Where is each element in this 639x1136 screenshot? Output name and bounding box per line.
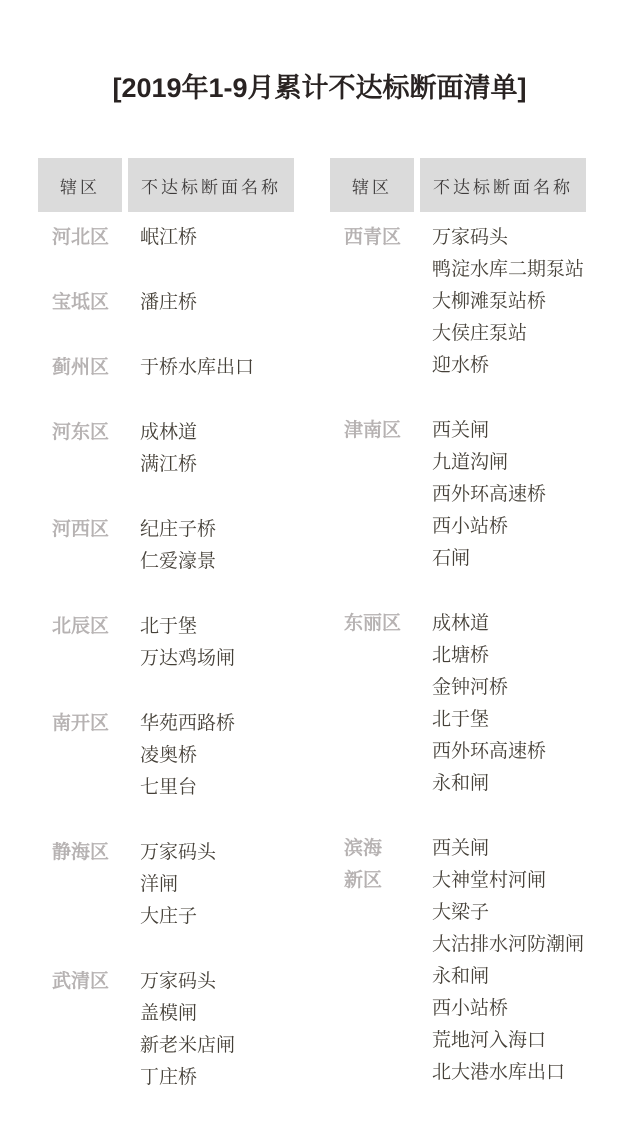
district-group: 滨海 新区 西关闸 大神堂村河闸 大梁子 大沽排水河防潮闸 永和闸 西小站桥 荒… xyxy=(330,833,592,1089)
district-group: 河东区 成林道 满江桥 xyxy=(38,417,296,481)
column-header-row: 辖区 不达标断面名称 xyxy=(38,158,296,212)
section-list: 西关闸 大神堂村河闸 大梁子 大沽排水河防潮闸 永和闸 西小站桥 荒地河入海口 … xyxy=(427,833,584,1089)
section-list: 潘庄桥 xyxy=(135,287,197,319)
section-name: 大柳滩泵站桥 xyxy=(432,286,584,318)
district-group: 静海区 万家码头 洋闸 大庄子 xyxy=(38,837,296,933)
district-group: 蓟州区 于桥水库出口 xyxy=(38,352,296,384)
section-name: 洋闸 xyxy=(140,869,216,901)
district-label: 武清区 xyxy=(38,966,135,1094)
district-header-cell: 辖区 xyxy=(330,158,414,212)
district-label: 蓟州区 xyxy=(38,352,135,384)
section-name: 大沽排水河防潮闸 xyxy=(432,929,584,961)
section-list: 西关闸 九道沟闸 西外环高速桥 西小站桥 石闸 xyxy=(427,415,546,575)
section-name: 大庄子 xyxy=(140,901,216,933)
section-list: 纪庄子桥 仁爱濠景 xyxy=(135,514,216,578)
section-name: 北于堡 xyxy=(140,611,235,643)
section-name: 鸭淀水库二期泵站 xyxy=(432,254,584,286)
section-list: 成林道 北塘桥 金钟河桥 北于堡 西外环高速桥 永和闸 xyxy=(427,608,546,800)
section-name: 满江桥 xyxy=(140,449,197,481)
district-label: 西青区 xyxy=(330,222,427,382)
section-list: 万家码头 鸭淀水库二期泵站 大柳滩泵站桥 大侯庄泵站 迎水桥 xyxy=(427,222,584,382)
district-label: 静海区 xyxy=(38,837,135,933)
section-header-cell: 不达标断面名称 xyxy=(128,158,294,212)
district-groups: 西青区 万家码头 鸭淀水库二期泵站 大柳滩泵站桥 大侯庄泵站 迎水桥 津南区 西… xyxy=(330,222,592,1089)
table-column-left: 辖区 不达标断面名称 河北区 岷江桥 宝坻区 潘庄桥 蓟州区 于桥水库出口 xyxy=(38,158,296,1127)
section-name: 盖模闸 xyxy=(140,998,235,1030)
section-name: 成林道 xyxy=(432,608,546,640)
page-title: [2019年1-9月累计不达标断面清单] xyxy=(0,66,639,105)
section-name: 凌奥桥 xyxy=(140,740,235,772)
section-name: 金钟河桥 xyxy=(432,672,546,704)
section-name: 丁庄桥 xyxy=(140,1062,235,1094)
two-column-table: 辖区 不达标断面名称 河北区 岷江桥 宝坻区 潘庄桥 蓟州区 于桥水库出口 xyxy=(0,158,639,1136)
district-label: 滨海 新区 xyxy=(330,833,427,1089)
section-name: 潘庄桥 xyxy=(140,287,197,319)
district-label: 河东区 xyxy=(38,417,135,481)
district-group: 河北区 岷江桥 xyxy=(38,222,296,254)
district-group: 东丽区 成林道 北塘桥 金钟河桥 北于堡 西外环高速桥 永和闸 xyxy=(330,608,592,800)
section-name: 岷江桥 xyxy=(140,222,197,254)
district-header-cell: 辖区 xyxy=(38,158,122,212)
section-list: 于桥水库出口 xyxy=(135,352,254,384)
section-list: 北于堡 万达鸡场闸 xyxy=(135,611,235,675)
section-name: 仁爱濠景 xyxy=(140,546,216,578)
district-label: 津南区 xyxy=(330,415,427,575)
section-name: 西关闸 xyxy=(432,415,546,447)
district-label: 南开区 xyxy=(38,708,135,804)
section-name: 西关闸 xyxy=(432,833,584,865)
district-group: 西青区 万家码头 鸭淀水库二期泵站 大柳滩泵站桥 大侯庄泵站 迎水桥 xyxy=(330,222,592,382)
section-list: 华苑西路桥 凌奥桥 七里台 xyxy=(135,708,235,804)
section-name: 北塘桥 xyxy=(432,640,546,672)
section-name: 荒地河入海口 xyxy=(432,1025,584,1057)
section-header-cell: 不达标断面名称 xyxy=(420,158,586,212)
district-group: 武清区 万家码头 盖模闸 新老米店闸 丁庄桥 xyxy=(38,966,296,1094)
district-label: 宝坻区 xyxy=(38,287,135,319)
district-label: 河西区 xyxy=(38,514,135,578)
section-name: 于桥水库出口 xyxy=(140,352,254,384)
table-column-right: 辖区 不达标断面名称 西青区 万家码头 鸭淀水库二期泵站 大柳滩泵站桥 大侯庄泵… xyxy=(330,158,592,1122)
section-name: 西外环高速桥 xyxy=(432,736,546,768)
section-name: 永和闸 xyxy=(432,961,584,993)
section-name: 石闸 xyxy=(432,543,546,575)
section-list: 成林道 满江桥 xyxy=(135,417,197,481)
district-group: 北辰区 北于堡 万达鸡场闸 xyxy=(38,611,296,675)
section-name: 西外环高速桥 xyxy=(432,479,546,511)
district-label: 河北区 xyxy=(38,222,135,254)
district-group: 河西区 纪庄子桥 仁爱濠景 xyxy=(38,514,296,578)
section-name: 纪庄子桥 xyxy=(140,514,216,546)
column-header-row: 辖区 不达标断面名称 xyxy=(330,158,592,212)
district-group: 宝坻区 潘庄桥 xyxy=(38,287,296,319)
district-label: 北辰区 xyxy=(38,611,135,675)
section-name: 北于堡 xyxy=(432,704,546,736)
section-name: 大神堂村河闸 xyxy=(432,865,584,897)
section-name: 迎水桥 xyxy=(432,350,584,382)
section-name: 新老米店闸 xyxy=(140,1030,235,1062)
section-list: 岷江桥 xyxy=(135,222,197,254)
section-list: 万家码头 洋闸 大庄子 xyxy=(135,837,216,933)
section-name: 七里台 xyxy=(140,772,235,804)
section-name: 北大港水库出口 xyxy=(432,1057,584,1089)
section-name: 万家码头 xyxy=(432,222,584,254)
district-group: 南开区 华苑西路桥 凌奥桥 七里台 xyxy=(38,708,296,804)
section-name: 万家码头 xyxy=(140,966,235,998)
section-name: 永和闸 xyxy=(432,768,546,800)
section-name: 万家码头 xyxy=(140,837,216,869)
section-name: 万达鸡场闸 xyxy=(140,643,235,675)
section-name: 成林道 xyxy=(140,417,197,449)
section-name: 大侯庄泵站 xyxy=(432,318,584,350)
section-name: 大梁子 xyxy=(432,897,584,929)
section-name: 西小站桥 xyxy=(432,993,584,1025)
section-name: 华苑西路桥 xyxy=(140,708,235,740)
section-list: 万家码头 盖模闸 新老米店闸 丁庄桥 xyxy=(135,966,235,1094)
district-group: 津南区 西关闸 九道沟闸 西外环高速桥 西小站桥 石闸 xyxy=(330,415,592,575)
section-name: 西小站桥 xyxy=(432,511,546,543)
section-name: 九道沟闸 xyxy=(432,447,546,479)
district-groups: 河北区 岷江桥 宝坻区 潘庄桥 蓟州区 于桥水库出口 河东区 xyxy=(38,222,296,1094)
district-label: 东丽区 xyxy=(330,608,427,800)
